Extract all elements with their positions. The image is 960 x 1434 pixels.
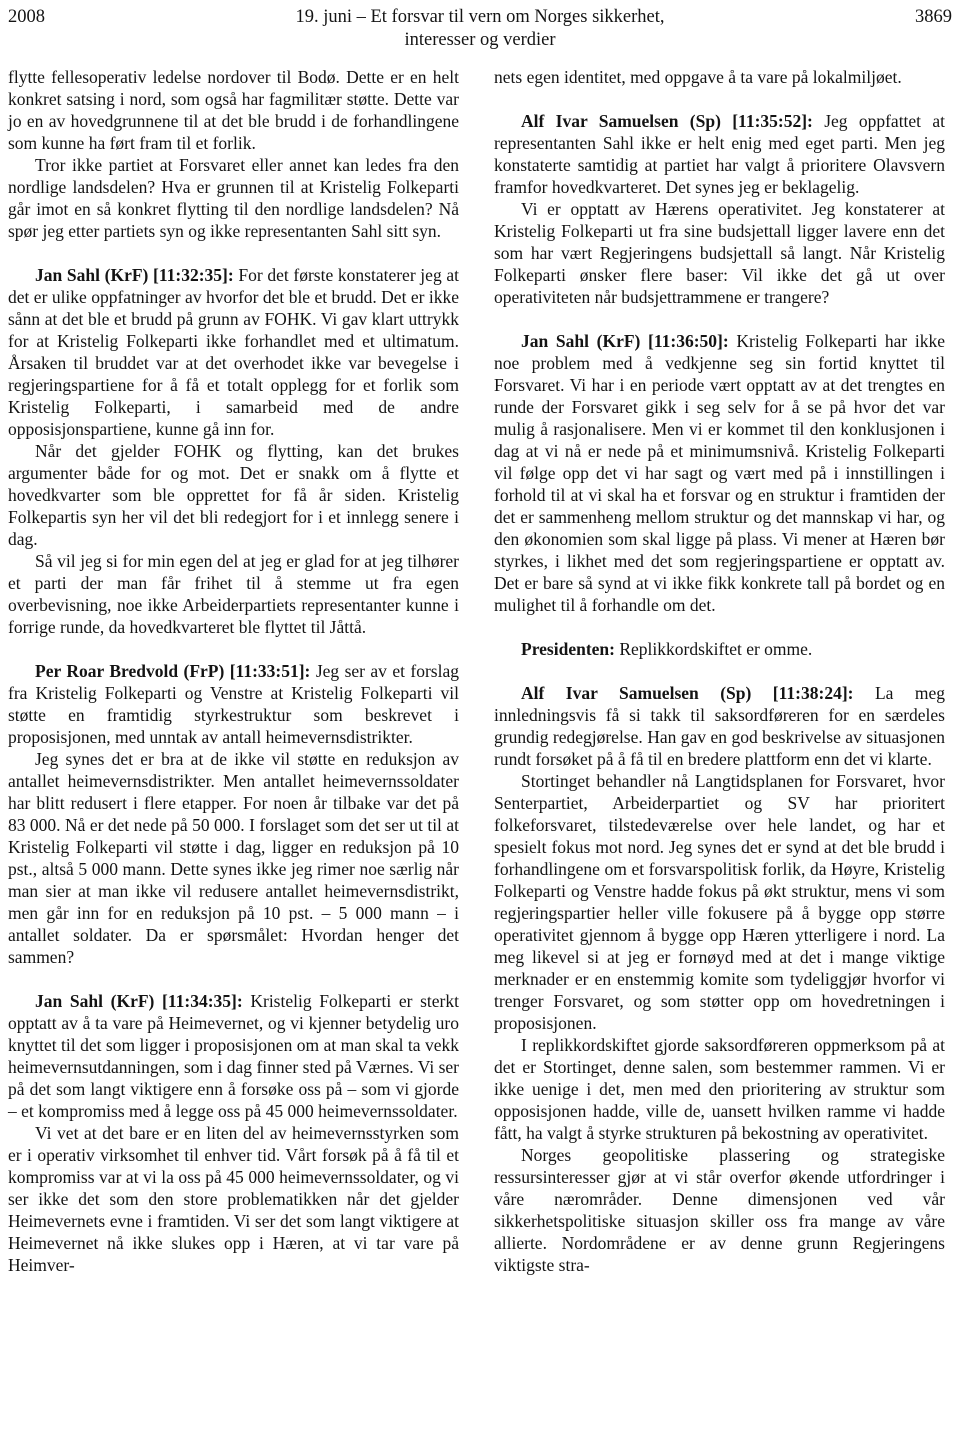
page-header: 2008 19. juni – Et forsvar til vern om N… xyxy=(8,6,952,52)
document-page: 2008 19. juni – Et forsvar til vern om N… xyxy=(0,0,960,1434)
paragraph: Norges geopolitiske plassering og strate… xyxy=(494,1144,945,1276)
speech-paragraph: Presidenten: Replikkordskiftet er omme. xyxy=(494,638,945,660)
text-columns: flytte fellesoperativ ledelse nordover t… xyxy=(8,66,952,1276)
page-number: 3869 xyxy=(842,6,952,29)
paragraph: nets egen identitet, med oppgave å ta va… xyxy=(494,66,945,88)
speech-paragraph: Jan Sahl (KrF) [11:34:35]: Kristelig Fol… xyxy=(8,990,459,1122)
paragraph: Stortinget behandler nå Langtidsplanen f… xyxy=(494,770,945,1034)
paragraph: Jeg synes det er bra at de ikke vil støt… xyxy=(8,748,459,968)
speaker-label: Presidenten: xyxy=(521,639,619,659)
speaker-label: Alf Ivar Samuelsen (Sp) [11:35:52]: xyxy=(521,111,824,131)
speaker-label: Jan Sahl (KrF) [11:34:35]: xyxy=(35,991,250,1011)
paragraph: Tror ikke partiet at Forsvaret eller ann… xyxy=(8,154,459,242)
page-title: 19. juni – Et forsvar til vern om Norges… xyxy=(118,6,842,52)
left-column: flytte fellesoperativ ledelse nordover t… xyxy=(8,66,459,1276)
paragraph: I replikkordskiftet gjorde saksordførere… xyxy=(494,1034,945,1144)
speaker-label: Jan Sahl (KrF) [11:36:50]: xyxy=(521,331,736,351)
paragraph: Vi vet at det bare er en liten del av he… xyxy=(8,1122,459,1276)
session-year: 2008 xyxy=(8,6,118,29)
paragraph: Så vil jeg si for min egen del at jeg er… xyxy=(8,550,459,638)
speech-paragraph: Jan Sahl (KrF) [11:32:35]: For det først… xyxy=(8,264,459,440)
speech-paragraph: Per Roar Bredvold (FrP) [11:33:51]: Jeg … xyxy=(8,660,459,748)
right-column: nets egen identitet, med oppgave å ta va… xyxy=(494,66,945,1276)
title-line-1: 19. juni – Et forsvar til vern om Norges… xyxy=(118,6,842,29)
paragraph: Når det gjelder FOHK og flytting, kan de… xyxy=(8,440,459,550)
speech-paragraph: Alf Ivar Samuelsen (Sp) [11:35:52]: Jeg … xyxy=(494,110,945,198)
speech-paragraph: Jan Sahl (KrF) [11:36:50]: Kristelig Fol… xyxy=(494,330,945,616)
speaker-label: Alf Ivar Samuelsen (Sp) [11:38:24]: xyxy=(521,683,875,703)
speaker-label: Per Roar Bredvold (FrP) [11:33:51]: xyxy=(35,661,316,681)
title-line-2: interesser og verdier xyxy=(118,29,842,52)
speaker-label: Jan Sahl (KrF) [11:32:35]: xyxy=(35,265,238,285)
speech-paragraph: Alf Ivar Samuelsen (Sp) [11:38:24]: La m… xyxy=(494,682,945,770)
paragraph: Vi er opptatt av Hærens operativitet. Je… xyxy=(494,198,945,308)
paragraph: flytte fellesoperativ ledelse nordover t… xyxy=(8,66,459,154)
